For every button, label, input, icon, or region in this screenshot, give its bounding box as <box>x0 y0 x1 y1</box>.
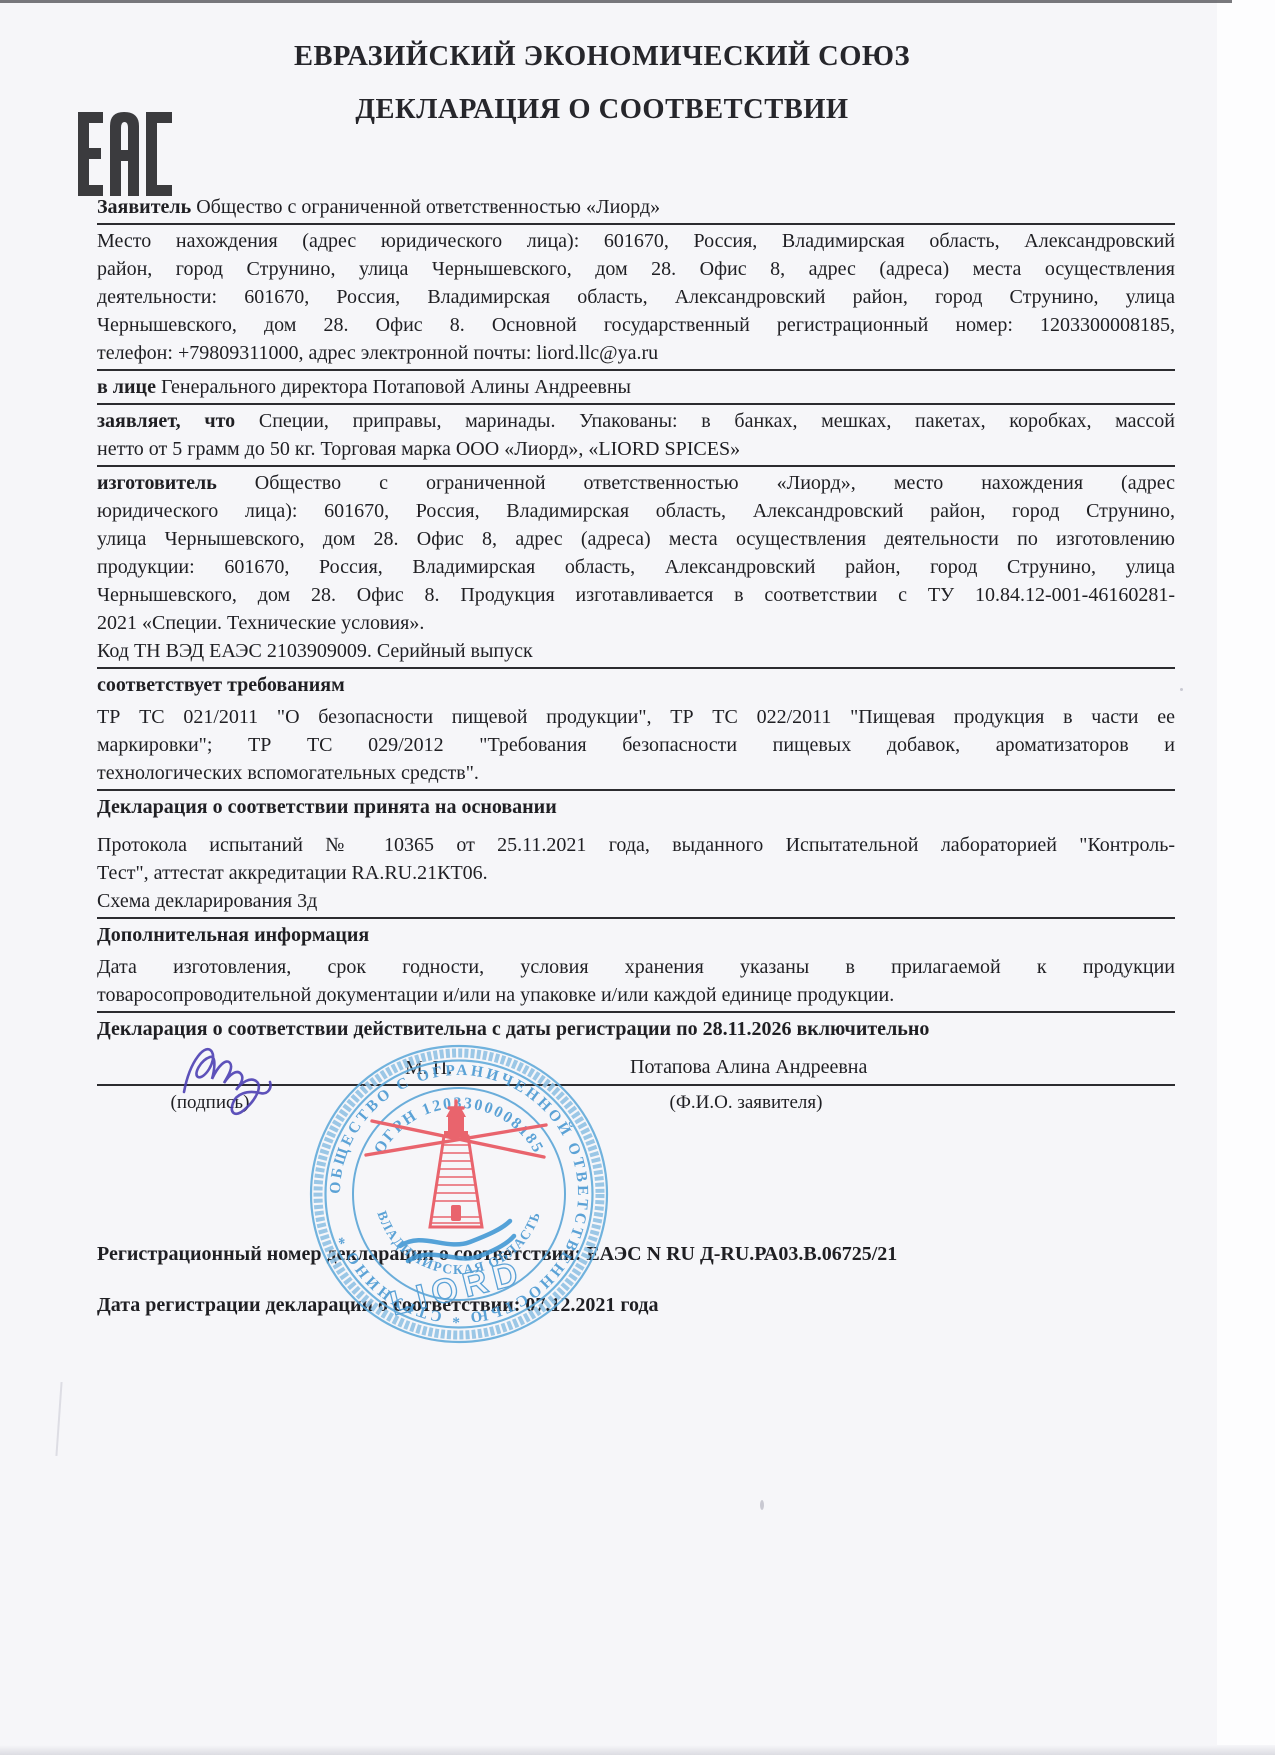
scan-speck <box>760 1500 764 1510</box>
declaration-document: ЕВРАЗИЙСКИЙ ЭКОНОМИЧЕСКИЙ СОЮЗ ДЕКЛАРАЦИ… <box>0 0 1275 1755</box>
scan-edge-bottom <box>0 1745 1275 1755</box>
text-line: улица Чернышевского, дом 28. Офис 8, адр… <box>97 525 1175 553</box>
text-line: товаросопроводительной документации и/ил… <box>97 981 1175 1009</box>
text-line: нетто от 5 грамм до 50 кг. Торговая марк… <box>97 435 1175 463</box>
registration-number-line: Регистрационный номер декларации о соотв… <box>97 1243 1175 1266</box>
additional-paragraph: Дата изготовления, срок годности, услови… <box>97 953 1175 1009</box>
in-person-value: Генерального директора Потаповой Алины А… <box>161 376 631 398</box>
document-body: Заявитель Общество с ограниченной ответс… <box>97 193 1175 1043</box>
text-line: район, город Струнино, улица Чернышевско… <box>97 255 1175 283</box>
title-line-union: ЕВРАЗИЙСКИЙ ЭКОНОМИЧЕСКИЙ СОЮЗ <box>97 30 1107 83</box>
text-line: 2021 «Специи. Технические условия». <box>97 609 1175 637</box>
divider <box>97 403 1175 405</box>
divider <box>97 917 1175 919</box>
basis-paragraph: Протокола испытаний № 10365 от 25.11.202… <box>97 831 1175 915</box>
text-line: продукции: 601670, Россия, Владимирская … <box>97 553 1175 581</box>
declares-value: Специи, приправы, маринады. Упакованы: в… <box>259 410 1175 432</box>
divider <box>97 789 1175 791</box>
basis-heading: Декларация о соответствии принята на осн… <box>97 793 1175 821</box>
scan-edge-top <box>0 0 1232 3</box>
text-line: ТР ТС 021/2011 "О безопасности пищевой п… <box>97 703 1175 731</box>
text-line: деятельности: 601670, Россия, Владимирск… <box>97 283 1175 311</box>
text-line: Дата изготовления, срок годности, услови… <box>97 953 1175 981</box>
divider <box>97 369 1175 371</box>
scan-speck <box>1180 688 1183 691</box>
text-line: телефон: +79809311000, адрес электронной… <box>97 339 1175 367</box>
manufacturer-paragraph: изготовитель Общество с ограниченной отв… <box>97 469 1175 637</box>
scan-scratch <box>55 1382 62 1456</box>
in-person-label: в лице <box>97 376 156 398</box>
address-paragraph: Место нахождения (адрес юридического лиц… <box>97 227 1175 367</box>
text-line: юридического лица): 601670, Россия, Влад… <box>97 497 1175 525</box>
text-line: Место нахождения (адрес юридического лиц… <box>97 227 1175 255</box>
in-person-line: в лице Генерального директора Потаповой … <box>97 373 1175 401</box>
scheme-line: Схема декларирования 3д <box>97 887 1175 915</box>
declares-label: заявляет, что <box>97 410 235 432</box>
divider <box>97 667 1175 669</box>
text-line: заявляет, что Специи, приправы, маринады… <box>97 407 1175 435</box>
registration-date-line: Дата регистрации декларации о соответств… <box>97 1294 1175 1317</box>
applicant-value: Общество с ограниченной ответственностью… <box>196 196 660 218</box>
document-title: ЕВРАЗИЙСКИЙ ЭКОНОМИЧЕСКИЙ СОЮЗ ДЕКЛАРАЦИ… <box>97 30 1107 136</box>
name-caption: (Ф.И.О. заявителя) <box>648 1092 844 1114</box>
scan-edge-right <box>1217 0 1275 1755</box>
applicant-signatory-name: Потапова Алина Андреевна <box>630 1056 867 1079</box>
company-stamp: ОБЩЕСТВО С ОГРАНИЧЕННОЙ ОТВЕТСТВЕННОСТЬЮ… <box>304 1039 614 1349</box>
additional-heading: Дополнительная информация <box>97 921 1175 949</box>
declares-paragraph: заявляет, что Специи, приправы, маринады… <box>97 407 1175 463</box>
applicant-line: Заявитель Общество с ограниченной ответс… <box>97 193 1175 221</box>
manufacturer-label: изготовитель <box>97 472 217 494</box>
text-line: маркировки"; ТР ТС 029/2012 "Требования … <box>97 731 1175 759</box>
divider <box>97 1011 1175 1013</box>
title-line-declaration: ДЕКЛАРАЦИЯ О СООТВЕТСТВИИ <box>97 83 1107 136</box>
text-line: Чернышевского, дом 28. Офис 8. Основной … <box>97 311 1175 339</box>
text-line: Чернышевского, дом 28. Офис 8. Продукция… <box>97 581 1175 609</box>
divider <box>97 465 1175 467</box>
requirements-paragraph: ТР ТС 021/2011 "О безопасности пищевой п… <box>97 703 1175 787</box>
text-line: Тест", аттестат аккредитации RA.RU.21КТ0… <box>97 859 1175 887</box>
manufacturer-value: Общество с ограниченной ответственностью… <box>255 472 1175 494</box>
text-line: изготовитель Общество с ограниченной отв… <box>97 469 1175 497</box>
eac-logo <box>78 112 172 196</box>
divider <box>97 223 1175 225</box>
tn-ved-line: Код ТН ВЭД ЕАЭС 2103909009. Серийный вып… <box>97 637 1175 665</box>
conformity-heading: соответствует требованиям <box>97 671 1175 699</box>
applicant-label: Заявитель <box>97 196 191 218</box>
text-line: технологических вспомогательных средств"… <box>97 759 1175 787</box>
text-line: Протокола испытаний № 10365 от 25.11.202… <box>97 831 1175 859</box>
